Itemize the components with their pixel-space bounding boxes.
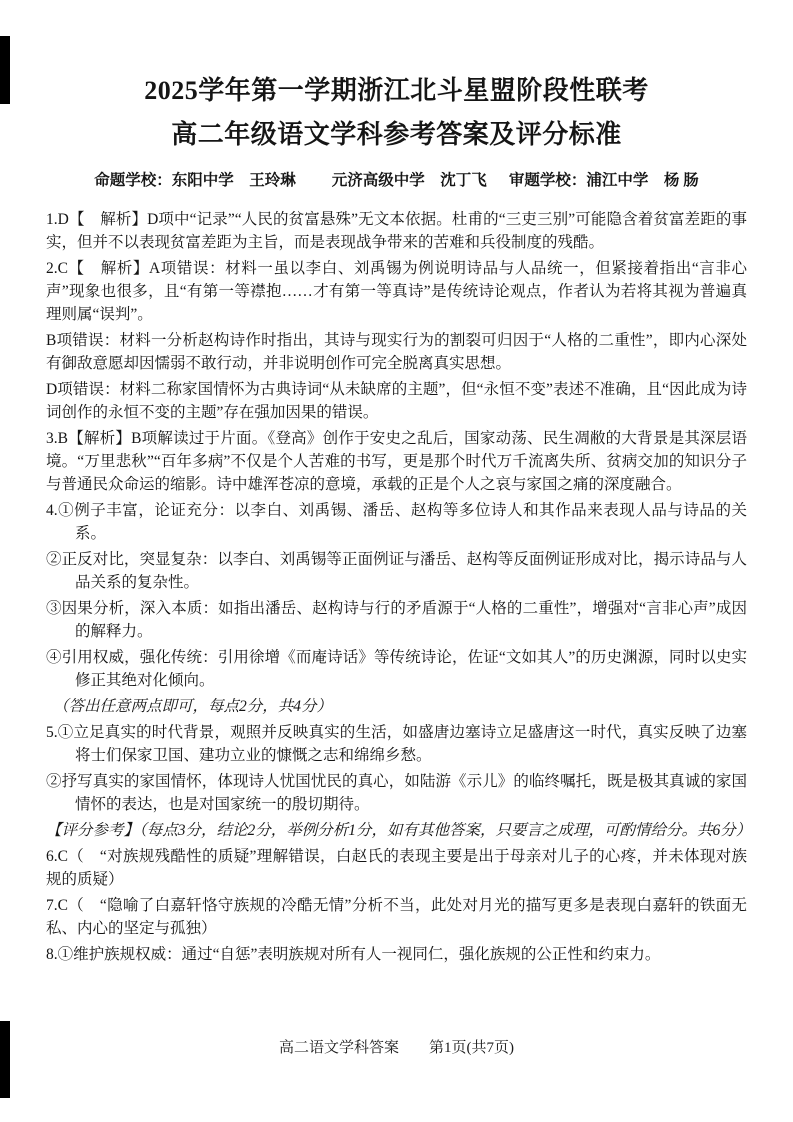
answer-4-point-1: 4.①例子丰富，论证充分：以李白、刘禹锡、潘岳、赵构等多位诗人和其作品来表现人品… bbox=[46, 499, 747, 545]
answer-6: 6.C（ “对族规残酷性的质疑”理解错误，白赵氏的表现主要是出于母亲对儿子的心疼… bbox=[46, 845, 747, 891]
answer-2-item-b: B项错误：材料一分析赵构诗作时指出，其诗与现实行为的割裂可归因于“人格的二重性”… bbox=[46, 329, 747, 375]
answer-1: 1.D【 解析】D项中“记录”“人民的贫富悬殊”无文本依据。杜甫的“三吏三别”可… bbox=[46, 208, 747, 254]
scan-mark-bottom-left bbox=[0, 1021, 10, 1098]
answer-8-point-1: 8.①维护族规权威：通过“自惩”表明族规对所有人一视同仁，强化族规的公正性和约束… bbox=[46, 943, 747, 966]
answer-5-point-2: ②抒写真实的家国情怀，体现诗人忧国忧民的真心，如陆游《示儿》的临终嘱托，既是极其… bbox=[46, 770, 747, 816]
page-footer: 高二语文学科答案 第1页(共7页) bbox=[0, 1038, 793, 1058]
byline: 命题学校：东阳中学 王玲琳 元济高级中学 沈丁飞 审题学校：浦江中学 杨 肠 bbox=[46, 170, 747, 192]
document-title: 2025学年第一学期浙江北斗星盟阶段性联考 bbox=[46, 72, 747, 110]
document-subtitle: 高二年级语文学科参考答案及评分标准 bbox=[46, 116, 747, 154]
byline-setter-school2: 元济高级中学 沈丁飞 bbox=[332, 170, 487, 192]
answer-2: 2.C【 解析】A项错误：材料一虽以李白、刘禹锡为例说明诗品与人品统一，但紧接着… bbox=[46, 257, 747, 326]
answer-content: 1.D【 解析】D项中“记录”“人民的贫富悬殊”无文本依据。杜甫的“三吏三别”可… bbox=[46, 208, 747, 966]
answer-3: 3.B【解析】B项解读过于片面。《登高》创作于安史之乱后，国家动荡、民生凋敝的大… bbox=[46, 427, 747, 496]
answer-2-item-d: D项错误：材料二称家国情怀为古典诗词“从未缺席的主题”，但“永恒不变”表述不准确… bbox=[46, 378, 747, 424]
answer-5-scoring-note: 【评分参考】（每点3分，结论2分，举例分析1分，如有其他答案，只要言之成理，可酌… bbox=[46, 819, 747, 842]
byline-reviewer-school: 审题学校：浦江中学 杨 肠 bbox=[509, 170, 699, 192]
answer-4-point-4: ④引用权威，强化传统：引用徐增《而庵诗话》等传统诗论，佐证“文如其人”的历史渊源… bbox=[46, 646, 747, 692]
answer-4-scoring-note: （答出任意两点即可，每点2分，共4分） bbox=[46, 695, 747, 718]
answer-7: 7.C（ “隐喻了白嘉轩恪守族规的冷酷无情”分析不当，此处对月光的描写更多是表现… bbox=[46, 894, 747, 940]
answer-sheet-page: 2025学年第一学期浙江北斗星盟阶段性联考 高二年级语文学科参考答案及评分标准 … bbox=[0, 0, 793, 966]
answer-5-point-1: 5.①立足真实的时代背景，观照并反映真实的生活，如盛唐边塞诗立足盛唐这一时代，真… bbox=[46, 721, 747, 767]
answer-4-point-3: ③因果分析，深入本质：如指出潘岳、赵构诗与行的矛盾源于“人格的二重性”，增强对“… bbox=[46, 597, 747, 643]
scan-mark-top-left bbox=[0, 36, 10, 104]
byline-setter-school: 命题学校：东阳中学 王玲琳 bbox=[94, 170, 296, 192]
answer-4-point-2: ②正反对比，突显复杂：以李白、刘禹锡等正面例证与潘岳、赵构等反面例证形成对比，揭… bbox=[46, 548, 747, 594]
